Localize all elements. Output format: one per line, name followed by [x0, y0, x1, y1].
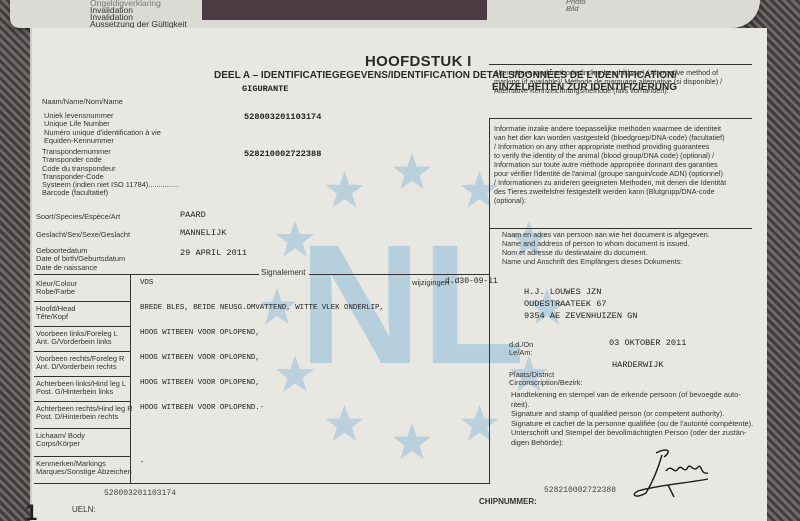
- footer-ueln-value: 528003201103174: [104, 489, 176, 498]
- text-line: Nom et adresse du destinataire du docume…: [502, 248, 710, 257]
- text-line: pour vérifier l'identité de l'animal (gr…: [494, 169, 726, 178]
- text-line: to verify the identity of the animal (bl…: [494, 151, 726, 160]
- text-line: Barcode (facultatief): [42, 189, 179, 197]
- dob-label: Geboortedatum Date of birth/Geburtsdatum…: [36, 247, 125, 272]
- text-line: Post. D/Hinterbein rechts: [36, 413, 133, 421]
- divider: [34, 483, 490, 484]
- invalidation-label: Ongeldigverklaring Invalidation Invalida…: [90, 0, 187, 28]
- text-line: van het dier kan worden vastgesteld (blo…: [494, 133, 726, 142]
- date-label: d.d./On Le/Am:: [509, 341, 533, 358]
- sex-value: MANNELIJK: [180, 228, 226, 238]
- text-line: Signature and stamp of qualified person …: [511, 409, 753, 419]
- text-line: Corps/Körper: [36, 440, 85, 448]
- photo-label: Photo Bild: [566, 0, 586, 12]
- alt-marking-label: Alternatieve merkmethode (indien beschik…: [494, 68, 722, 95]
- dob-value: 29 APRIL 2011: [180, 248, 247, 258]
- changes-label: wijzigingen: [412, 279, 449, 287]
- signalement-row-value: HOOG WITBEEN VOOR OPLOPEND.-: [140, 404, 264, 412]
- ueln-label: Uniek levensnummer Unique Life Number Nu…: [44, 112, 161, 145]
- name-label: Naam/Name/Nom/Name: [42, 98, 123, 106]
- text-line: Alternatieve merkmethode (indien beschik…: [494, 68, 722, 77]
- divider: [34, 376, 131, 377]
- transponder-label: Transpondernummer Transponder code Code …: [42, 148, 179, 198]
- text-line: Signature et cachet de la personne quali…: [511, 419, 753, 429]
- divider: [34, 274, 259, 275]
- divider: [34, 428, 131, 429]
- signalement-row-label: Hoofd/HeadTête/Kopf: [36, 305, 75, 322]
- text-line: Ant. D/Vorderbein rechts: [36, 363, 124, 371]
- signalement-row-value: HOOG WITBEEN VOOR OPLOPEND,: [140, 354, 260, 362]
- ueln-value: 528003201103174: [244, 112, 321, 122]
- footer-chip-label: CHIPNUMMER:: [479, 498, 537, 506]
- divider: [489, 64, 752, 65]
- signalement-row-label: Voorbeen rechts/Foreleg RAnt. D/Vorderbe…: [36, 355, 124, 372]
- footer-chip-value: 528210002722388: [544, 486, 616, 495]
- chapter-title: HOOFDSTUK I: [365, 53, 472, 70]
- signalement-row-label: Voorbeen links/Foreleg LAnt. G/Vorderbei…: [36, 330, 118, 347]
- signalement-row-value: VOS: [140, 279, 153, 287]
- text-line: / Informationen zu anderen geeigneten Me…: [494, 178, 726, 187]
- divider: [309, 274, 489, 275]
- name-value: GIGURANTE: [242, 84, 288, 94]
- issue-date: 03 OKTOBER 2011: [609, 338, 686, 348]
- signalement-row-label: Kleur/ColourRobe/Farbe: [36, 280, 77, 297]
- text-line: riteit).: [511, 400, 753, 410]
- text-line: Naam en adres van persoon aan wie het do…: [502, 230, 710, 239]
- text-line: OUDESTRAATEEK 67: [524, 298, 637, 310]
- previous-page: Ongeldigverklaring Invalidation Invalida…: [10, 0, 760, 28]
- signalement-row-label: Kenmerken/MarkingsMarques/Sonstige Abzei…: [36, 460, 132, 477]
- text-line: Handtekening en stempel van de erkende p…: [511, 390, 753, 400]
- signalement-row-value: HOOG WITBEEN VOOR OPLOPEND,: [140, 379, 260, 387]
- text-line: Informatie inzake andere toepasselijke m…: [494, 124, 726, 133]
- signalement-row-label: Achterbeen rechts/Hind leg RPost. D/Hint…: [36, 405, 133, 422]
- divider: [34, 401, 131, 402]
- text-line: Information sur toute autre méthode appr…: [494, 160, 726, 169]
- page-number: 1: [25, 500, 37, 521]
- footer-ueln-label: UELN:: [72, 506, 96, 514]
- text-line: Name and address of person to whom docum…: [502, 239, 710, 248]
- signalement-row-value: HOOG WITBEEN VOOR OPLOPEND,: [140, 329, 260, 337]
- text-line: des Tieres zweifelsfrei festgestellt wer…: [494, 187, 726, 196]
- passport-page: NL HOOFDSTUK I DEEL A – IDENTIFICATIEGEG…: [32, 28, 767, 521]
- signalement-row-label: Achterbeen links/Hind leg LPost. G/Hinte…: [36, 380, 126, 397]
- divider: [34, 351, 131, 352]
- recipient-address: H.J. LOUWES JZN OUDESTRAATEEK 67 9354 AE…: [524, 286, 637, 322]
- divider: [489, 228, 752, 229]
- signalement-row-value: BREDE BLES, BEIDE NEUSG.OMVATTEND, WITTE…: [140, 304, 384, 312]
- text-line: (optional):: [494, 196, 726, 205]
- text-line: Name und Anschrift des Empfängers dieses…: [502, 257, 710, 266]
- divider: [130, 274, 131, 483]
- photo-frame: [202, 0, 487, 20]
- text-line: Unterschrift und Stempel der bevollmächt…: [511, 428, 753, 438]
- signature-label: Handtekening en stempel van de erkende p…: [511, 390, 753, 448]
- place-label: Plaats/District Circonscription/Bezirk:: [509, 371, 583, 388]
- signature-icon: [628, 445, 723, 500]
- species-value: PAARD: [180, 210, 206, 220]
- divider: [34, 301, 131, 302]
- text-line: H.J. LOUWES JZN: [524, 286, 637, 298]
- species-label: Soort/Species/Espèce/Art: [36, 213, 120, 221]
- text-line: / Information on any other appropriate m…: [494, 142, 726, 151]
- text-line: marking (if available)/ Méthode de marqu…: [494, 77, 722, 86]
- sex-label: Geslacht/Sex/Sexe/Geslacht: [36, 231, 130, 239]
- text-line: Equiden-Kennummer: [44, 137, 161, 145]
- text-line: Marques/Sonstige Abzeichen: [36, 468, 132, 476]
- text-line: Alternative Kennzeichnungsmethode (falls…: [494, 86, 722, 95]
- signalement-heading: Signalement: [261, 269, 305, 277]
- divider: [34, 326, 131, 327]
- signalement-row-label: Lichaam/ BodyCorps/Körper: [36, 432, 85, 449]
- recipient-label: Naam en adres van persoon aan wie het do…: [502, 230, 710, 266]
- divider: [489, 118, 752, 119]
- transponder-value: 528210002722388: [244, 149, 321, 159]
- place-value: HARDERWIJK: [612, 360, 664, 370]
- text-line: Aussetzung der Gültigkeit: [90, 21, 187, 28]
- text-line: 9354 AE ZEVENHUIZEN GN: [524, 310, 637, 322]
- text-line: Tête/Kopf: [36, 313, 75, 321]
- signalement-row-value: -: [140, 459, 144, 467]
- text-line: Circonscription/Bezirk:: [509, 379, 583, 387]
- divider: [34, 456, 131, 457]
- text-line: Robe/Farbe: [36, 288, 77, 296]
- text-line: Bild: [566, 5, 586, 12]
- text-line: Post. G/Hinterbein links: [36, 388, 126, 396]
- text-line: Ant. G/Vorderbein links: [36, 338, 118, 346]
- text-line: Le/Am:: [509, 349, 533, 357]
- text-line: Date de naissance: [36, 264, 125, 272]
- other-methods-label: Informatie inzake andere toepasselijke m…: [494, 124, 726, 205]
- divider: [489, 118, 490, 483]
